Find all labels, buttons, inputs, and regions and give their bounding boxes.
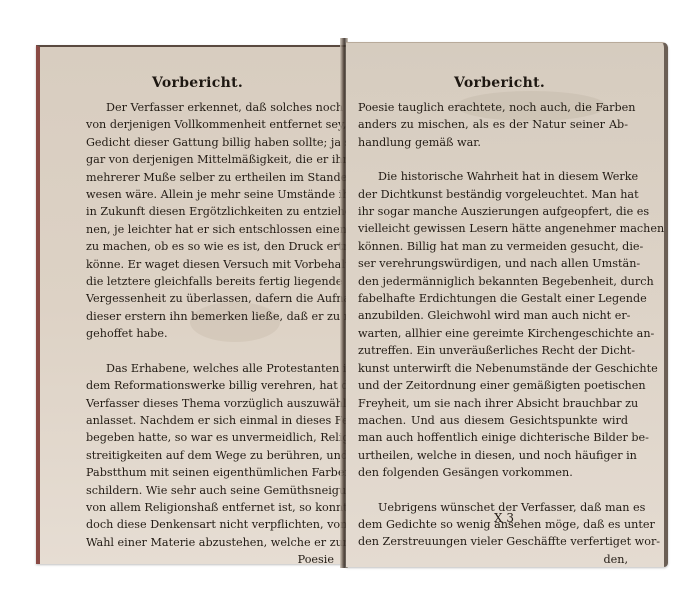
text-line: machen. Und aus diesem Gesichtspunkte wi… xyxy=(358,412,628,429)
text-line: dem Gedichte so wenig ansehen möge, daß … xyxy=(358,516,628,533)
right-page: Vorbericht. Poesie tauglich erachtete, n… xyxy=(346,42,668,567)
open-book: Vorbericht. Der Verfasser erkennet, daß … xyxy=(0,0,700,605)
text-line: der Dichtkunst beständig vorgeleuchtet. … xyxy=(358,186,628,203)
text-line: gehoffet habe. xyxy=(86,325,334,342)
text-line: Pabstthum mit seinen eigenthümlichen Far… xyxy=(86,464,334,481)
text-line: von derjenigen Vollkommenheit entfernet … xyxy=(86,116,334,133)
text-line: anders zu mischen, als es der Natur sein… xyxy=(358,116,628,133)
text-line: wesen wäre. Allein je mehr seine Umständ… xyxy=(86,186,334,203)
right-page-text: Poesie tauglich erachtete, noch auch, di… xyxy=(358,99,628,568)
text-line: können. Billig hat man zu vermeiden gesu… xyxy=(358,238,628,255)
text-line: den Zerstreuungen vieler Geschäffte verf… xyxy=(358,533,628,550)
text-line: zu machen, ob es so wie es ist, den Druc… xyxy=(86,238,334,255)
text-line: schildern. Wie sehr auch seine Gemüthsne… xyxy=(86,482,334,499)
text-line: Der Verfasser erkennet, daß solches noch… xyxy=(86,99,334,116)
signature-mark: X 3 xyxy=(494,511,514,525)
text-line: Poesie tauglich erachtete, noch auch, di… xyxy=(358,99,628,116)
right-page-heading: Vorbericht. xyxy=(454,75,545,91)
text-line: gar von derjenigen Mittelmäßigkeit, die … xyxy=(86,151,334,168)
text-line: die letztere gleichfalls bereits fertig … xyxy=(86,273,334,290)
text-line: warten, allhier eine gereimte Kirchenges… xyxy=(358,325,628,342)
text-line: ser verehrungswürdigen, und nach allen U… xyxy=(358,255,628,272)
text-line: Gedicht dieser Gattung billig haben soll… xyxy=(86,134,334,151)
text-line: mehrerer Muße selber zu ertheilen im Sta… xyxy=(86,169,334,186)
text-line: Vergessenheit zu überlassen, dafern die … xyxy=(86,290,334,307)
text-line: Uebrigens wünschet der Verfasser, daß ma… xyxy=(358,499,628,516)
text-line: nen, je leichter hat er sich entschlosse… xyxy=(86,221,334,238)
left-page-text: Der Verfasser erkennet, daß solches noch… xyxy=(86,99,334,569)
text-line: Wahl einer Materie abzustehen, welche er… xyxy=(86,534,334,551)
text-line: streitigkeiten auf dem Wege zu berühren,… xyxy=(86,447,334,464)
catchword: Poesie xyxy=(86,551,334,568)
text-line: fabelhafte Erdichtungen die Gestalt eine… xyxy=(358,290,628,307)
text-line: Verfasser dieses Thema vorzüglich auszuw… xyxy=(86,395,334,412)
text-line: Freyheit, um sie nach ihrer Absicht brau… xyxy=(358,395,628,412)
left-page-heading: Vorbericht. xyxy=(152,75,243,91)
text-line: anlasset. Nachdem er sich einmal in dies… xyxy=(86,412,334,429)
text-line: dieser erstern ihn bemerken ließe, daß e… xyxy=(86,308,334,325)
text-line: urtheilen, welche in diesen, und noch hä… xyxy=(358,447,628,464)
text-line: in Zukunft diesen Ergötzlichkeiten zu en… xyxy=(86,203,334,220)
text-line: doch diese Denkensart nicht verpflichten… xyxy=(86,516,334,533)
left-page: Vorbericht. Der Verfasser erkennet, daß … xyxy=(36,45,348,564)
text-line: vielleicht gewissen Lesern hätte angeneh… xyxy=(358,220,628,237)
text-line: von allem Religionshaß entfernet ist, so… xyxy=(86,499,334,516)
text-line: ihr sogar manche Auszierungen aufgeopfer… xyxy=(358,203,628,220)
text-line: Die historische Wahrheit hat in diesem W… xyxy=(358,168,628,185)
text-line: handlung gemäß war. xyxy=(358,134,628,151)
text-line: kunst unterwirft die Nebenumstände der G… xyxy=(358,360,628,377)
text-line: begeben hatte, so war es unvermeidlich, … xyxy=(86,429,334,446)
text-line: zutreffen. Ein unveräußerliches Recht de… xyxy=(358,342,628,359)
text-line: den jedermänniglich bekannten Begebenhei… xyxy=(358,273,628,290)
text-line: könne. Er waget diesen Versuch mit Vorbe… xyxy=(86,256,334,273)
catchword: den, xyxy=(358,551,628,568)
text-line: man auch hoffentlich einige dichterische… xyxy=(358,429,628,446)
text-line: dem Reformationswerke billig verehren, h… xyxy=(86,377,334,394)
text-line: Das Erhabene, welches alle Protestanten … xyxy=(86,360,334,377)
text-line: anzubilden. Gleichwohl wird man auch nic… xyxy=(358,307,628,324)
text-line: den folgenden Gesängen vorkommen. xyxy=(358,464,628,481)
text-line: und der Zeitordnung einer gemäßigten poe… xyxy=(358,377,628,394)
